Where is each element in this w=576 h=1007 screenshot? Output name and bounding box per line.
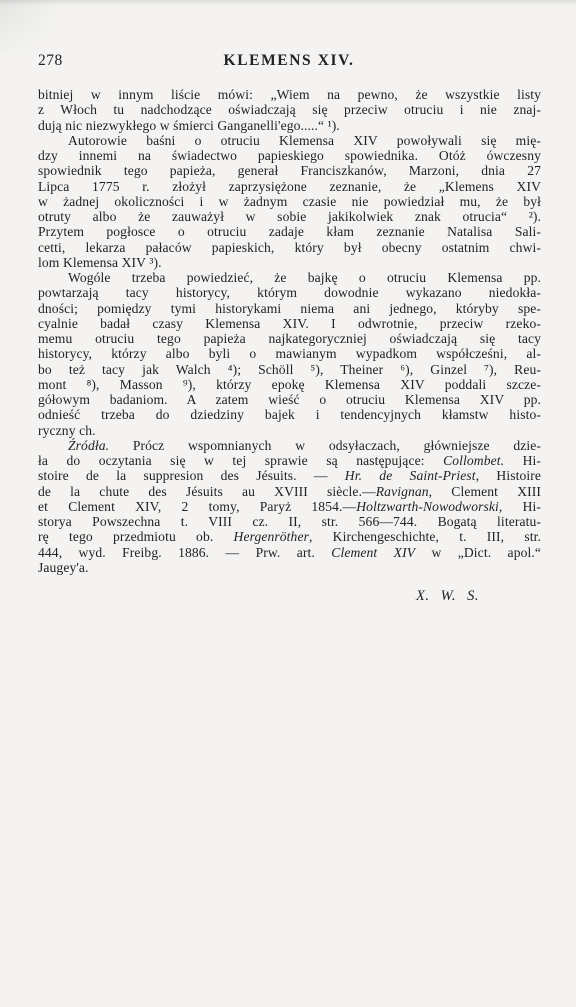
text-line: et Clement XIV, 2 tomy, Paryż 1854.—Holt… [38,499,541,514]
text-segment: Jaugey'a. [38,560,89,575]
text-segment: Hi- [504,453,541,468]
text-segment: spowiednik tego papieża, generał Francis… [38,163,541,178]
text-line: lom Klemensa XIV ³). [38,255,541,270]
text-segment: dzy innemi na świadectwo papieskiego spo… [38,148,541,163]
text-line: cyalnie badał czasy Klemensa XIV. I odwr… [38,316,541,331]
text-segment: powtarzają tacy historycy, którym dowodn… [38,285,541,300]
text-segment: z Włoch tu nadchodzące oświadczają się p… [38,102,541,117]
text-segment: Lipca 1775 r. złożył zaprzysiężone zezna… [38,179,541,194]
author-signature: X. W. S. [38,588,541,605]
text-segment: memu otruciu tego papieża najkategoryczn… [38,331,541,346]
body-text: bitniej w innym liście mówi: „Wiem na pe… [38,87,541,575]
text-segment: ła do oczytania się w tej sprawie są nas… [38,453,443,468]
text-segment: dności; pomiędzy tymi historykami niema … [38,301,541,316]
scanned-book-page: 278 KLEMENS XIV. bitniej w innym liście … [0,0,576,1007]
italic-text-segment: Źródła. [68,438,109,453]
text-line: Źródła. Prócz wspomnianych w odsyłaczach… [38,438,541,453]
text-segment: Prócz wspomnianych w odsyłaczach, główni… [109,438,541,453]
running-title: KLEMENS XIV. [108,52,470,70]
text-segment: cyalnie badał czasy Klemensa XIV. I odwr… [38,316,541,331]
text-line: Przytem pogłosce o otruciu zadaje kłam z… [38,224,541,239]
text-line: mont ⁸), Masson ⁹), którzy epokę Klemens… [38,377,541,392]
text-line: z Włoch tu nadchodzące oświadczają się p… [38,102,541,117]
text-segment: , Hi- [499,499,541,514]
text-segment: w „Dict. apol.“ [415,545,541,560]
text-line: odnieść trzeba do dziedziny bajek i tend… [38,407,541,422]
text-segment: ryczny ch. [38,423,96,438]
page-number: 278 [38,52,108,70]
text-segment: lom Klemensa XIV ³). [38,255,162,270]
text-line: 444, wyd. Freibg. 1886. — Prw. art. Clem… [38,545,541,560]
text-line: dzy innemi na świadectwo papieskiego spo… [38,148,541,163]
text-segment: cetti, lekarza pałaców papieskich, który… [38,240,541,255]
text-line: rę tego przedmiotu ob. Hergenröther, Kir… [38,529,541,544]
text-line: stoire de la suppresion des Jésuits. — H… [38,468,541,483]
text-segment: mont ⁸), Masson ⁹), którzy epokę Klemens… [38,377,541,392]
italic-text-segment: Hergenröther [234,529,309,544]
text-line: Lipca 1775 r. złożył zaprzysiężone zezna… [38,179,541,194]
text-segment: et Clement XIV, 2 tomy, Paryż 1854.— [38,499,356,514]
italic-text-segment: Hr. de Saint-Priest [345,468,476,483]
text-line: ła do oczytania się w tej sprawie są nas… [38,453,541,468]
text-line: gółowym badaniom. A zatem wieść o otruci… [38,392,541,407]
text-segment: rę tego przedmiotu ob. [38,529,234,544]
text-segment: Wogóle trzeba powiedzieć, że bajkę o otr… [68,270,541,285]
text-segment: dują nic niezwykłego w śmierci Ganganell… [38,118,340,133]
text-line: dności; pomiędzy tymi historykami niema … [38,301,541,316]
text-segment: , Clement XIII [429,484,541,499]
text-segment: w żadnej okoliczności i w żadnym czasie … [38,194,541,209]
text-segment: odnieść trzeba do dziedziny bajek i tend… [38,407,541,422]
text-line: powtarzają tacy historycy, którym dowodn… [38,285,541,300]
text-segment: , Kirchengeschichte, t. III, str. [309,529,541,544]
text-line: cetti, lekarza pałaców papieskich, który… [38,240,541,255]
text-line: otruty albo że zauważył w sobie jakikolw… [38,209,541,224]
text-segment: stoire de la suppresion des Jésuits. — [38,468,345,483]
italic-text-segment: Collombet. [443,453,504,468]
text-segment: otruty albo że zauważył w sobie jakikolw… [38,209,541,224]
text-line: historycy, którzy albo byli o mawianym w… [38,346,541,361]
text-segment: storya Powszechna t. VIII cz. II, str. 5… [38,514,541,529]
text-segment: Autorowie baśni o otruciu Klemensa XIV p… [68,133,541,148]
text-line: memu otruciu tego papieża najkategoryczn… [38,331,541,346]
text-line: de la chute des Jésuits au XVIII siècle.… [38,484,541,499]
text-line: Wogóle trzeba powiedzieć, że bajkę o otr… [38,270,541,285]
text-line: bitniej w innym liście mówi: „Wiem na pe… [38,87,541,102]
text-line: ryczny ch. [38,423,541,438]
text-line: w żadnej okoliczności i w żadnym czasie … [38,194,541,209]
text-segment: , Histoire [476,468,541,483]
italic-text-segment: Ravignan [376,484,429,499]
text-segment: gółowym badaniom. A zatem wieść o otruci… [38,392,541,407]
text-line: storya Powszechna t. VIII cz. II, str. 5… [38,514,541,529]
text-segment: 444, wyd. Freibg. 1886. — Prw. art. [38,545,331,560]
text-segment: Przytem pogłosce o otruciu zadaje kłam z… [38,224,541,239]
italic-text-segment: Clement XIV [331,545,415,560]
text-line: Autorowie baśni o otruciu Klemensa XIV p… [38,133,541,148]
text-line: spowiednik tego papieża, generał Francis… [38,163,541,178]
italic-text-segment: Holtzwarth-Nowodworski [356,499,499,514]
text-segment: historycy, którzy albo byli o mawianym w… [38,346,541,361]
text-line: bo też tacy jak Walch ⁴); Schöll ⁵), The… [38,362,541,377]
text-segment: bitniej w innym liście mówi: „Wiem na pe… [38,87,541,102]
text-line: Jaugey'a. [38,560,541,575]
text-line: dują nic niezwykłego w śmierci Ganganell… [38,118,541,133]
text-segment: de la chute des Jésuits au XVIII siècle.… [38,484,376,499]
running-head: 278 KLEMENS XIV. [38,52,540,70]
text-segment: bo też tacy jak Walch ⁴); Schöll ⁵), The… [38,362,541,377]
